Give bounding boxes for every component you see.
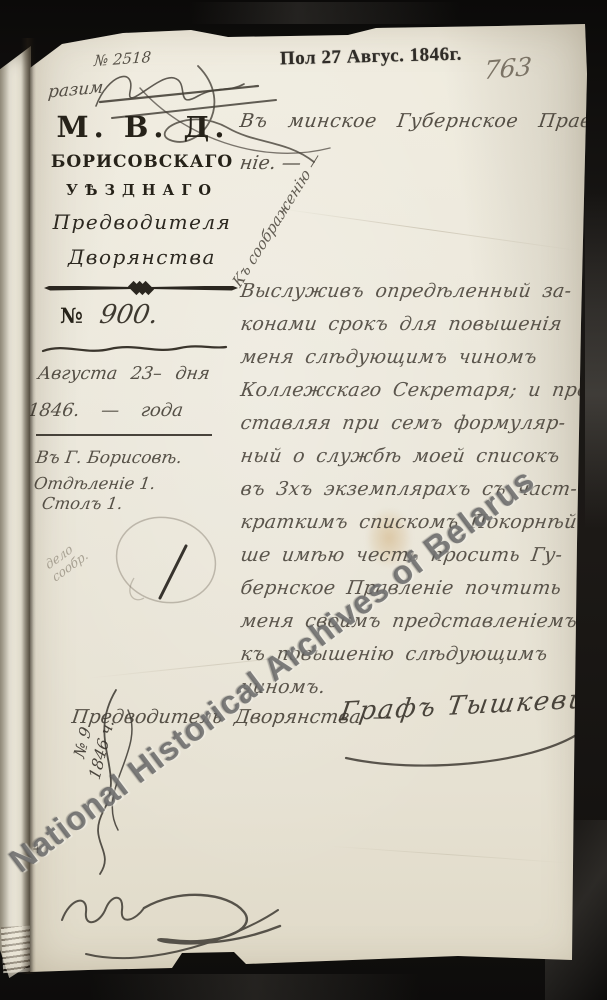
letterhead-rule: [36, 434, 212, 436]
border-sheen-bottom: [90, 974, 420, 1000]
clerk-flourish: [48, 868, 310, 972]
body-line: Коллежскаго Секретаря; и пред-: [238, 379, 603, 412]
body-line: меня слѣдующимъ чиномъ: [238, 346, 603, 379]
paper-crease: [279, 208, 576, 251]
signature-flourish: [328, 700, 588, 772]
letterhead-title-line2: Дворянства: [30, 245, 254, 269]
body-line: конами срокъ для повышенія: [238, 313, 603, 346]
letterhead-ministry: М. В. Д.: [40, 110, 246, 144]
folio-number: 763: [483, 52, 533, 85]
department-line: Отдѣленіе 1.: [33, 474, 157, 493]
number-value: 900.: [97, 300, 160, 330]
ornament-divider: [44, 284, 238, 292]
body-line: ставляя при семъ формуляр-: [238, 412, 603, 445]
border-sheen-top: [190, 2, 460, 24]
ornament-line: [44, 286, 132, 291]
pencil-margin-note: дело сообр.: [43, 535, 90, 584]
addressee-line1: Въ минское Губернское Правле-: [238, 110, 607, 132]
place-line: Въ Г. Борисовѣ.: [35, 448, 184, 468]
letterhead-district: БОРИСОВСКАГО: [30, 152, 254, 172]
letterhead-uyezd: УѢЗДНАГО: [30, 182, 254, 199]
document-number-row: № 900.: [60, 300, 158, 330]
paper-crease: [328, 846, 567, 864]
ornament-line: [150, 286, 238, 291]
reception-stamp: Пол 27 Авгус. 1846г.: [280, 44, 462, 71]
date-day-line: Августа 23– дня: [37, 364, 211, 384]
body-line: Выслуживъ опредѣленный за-: [238, 280, 603, 313]
body-line: ный о службѣ моей списокъ: [238, 445, 603, 478]
addressee-line2: ніе. —: [238, 152, 302, 174]
border-sheen-right: [585, 190, 607, 530]
date-year-line: 1846. — года: [27, 400, 185, 421]
number-sign: №: [60, 303, 83, 328]
wavy-divider: [40, 340, 230, 358]
body-line: въ 3хъ экземплярахъ съ част-: [238, 478, 603, 511]
pencil-oval-mark: [104, 508, 228, 616]
archival-scan: № 2518 разим Пол 27 Авгус. 1846г. 763 М.…: [0, 0, 607, 1000]
letterhead-title-line1: Предводителя: [30, 210, 254, 234]
